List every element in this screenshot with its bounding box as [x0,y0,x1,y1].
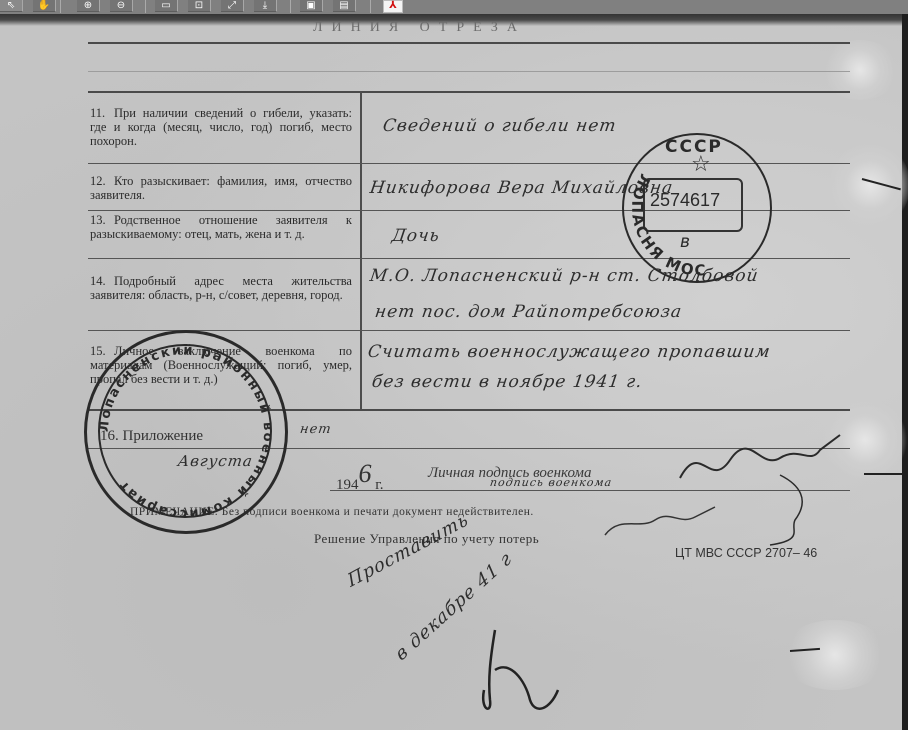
rule [88,42,850,44]
actual-size-button[interactable]: ⤢ [221,0,244,12]
fit-page-button[interactable]: ▭ [155,0,178,12]
export-pdf-button[interactable]: ⅄ [383,0,403,13]
paper-crease [780,620,890,690]
fit-page-icon: ▭ [161,1,170,11]
pdf-icon: ⅄ [389,0,397,11]
download-button[interactable]: ⤓ [254,0,277,12]
fit-width-button[interactable]: ⊡ [188,0,211,12]
hand-icon: ✋ [38,1,50,11]
year: 1946 г. [336,466,383,496]
question-12: 12.Кто разыскивает: фамилия, имя, отчест… [90,174,352,202]
zoom-in-button[interactable]: ⊕ [77,0,100,12]
download-icon: ⤓ [263,1,267,11]
zoom-out-button[interactable]: ⊖ [110,0,133,12]
rule [88,71,850,72]
print-icon: ▤ [339,1,348,11]
zoom-out-icon: ⊖ [117,1,125,11]
answer-15-line-2: без вести в ноябре 1941 г. [371,372,644,392]
question-11: 11.При наличии сведений о гибели, указат… [90,106,352,148]
toolbar-separator [370,0,371,13]
pan-tool-button[interactable]: ✋ [33,0,56,12]
stamp-text-ring: Лопасненский районный военный комиссариа… [84,330,288,534]
question-13: 13.Родственное отношение заявителя к раз… [90,213,352,241]
answer-11: Сведений о гибели нет [382,116,618,136]
toolbar-separator [60,0,61,13]
rule [88,91,850,93]
form-code: ЦТ МВС СССР 2707– 46 [675,546,817,560]
print-button[interactable]: ▤ [333,0,356,12]
fit-width-icon: ⊡ [195,1,203,11]
year-prefix: 194 [336,477,359,493]
save-button[interactable]: ▣ [300,0,323,12]
attachment-value: нет [299,422,333,437]
toolbar-separator [145,0,146,13]
svg-text:ЛОПАСНЯ МОС: ЛОПАСНЯ МОС [628,171,708,279]
select-tool-button[interactable]: ⇖ [0,0,23,12]
paper-tear [864,473,902,475]
question-14: 14.Подробный адрес места жительства заяв… [90,274,352,302]
save-icon: ▣ [306,1,315,11]
cut-line-label: ЛИНИЯ ОТРЕЗА [313,20,526,36]
year-suffix: г. [375,477,383,493]
decision-signature [470,620,560,720]
postal-stamp-ring-text: ЛОПАСНЯ МОС [622,133,772,283]
zoom-in-icon: ⊕ [84,1,92,11]
year-handwritten: 6 [359,459,372,488]
paper-crease [830,140,908,230]
toolbar-separator [290,0,291,13]
note-signature [600,505,720,545]
answer-14-line-2: нет пос. дом Райпотребсоюза [374,302,684,322]
column-divider [360,91,362,411]
answer-15-line-1: Считать военнослужащего пропавшим [367,342,772,362]
svg-text:Лопасненский районный военный: Лопасненский районный военный комиссариа… [97,343,275,521]
signature-note: подпись военкома [489,476,613,489]
arrow-cursor-icon: ⇖ [7,1,15,11]
actual-size-icon: ⤢ [228,1,236,11]
paper-right-edge [902,14,908,730]
answer-13: Дочь [391,226,442,246]
